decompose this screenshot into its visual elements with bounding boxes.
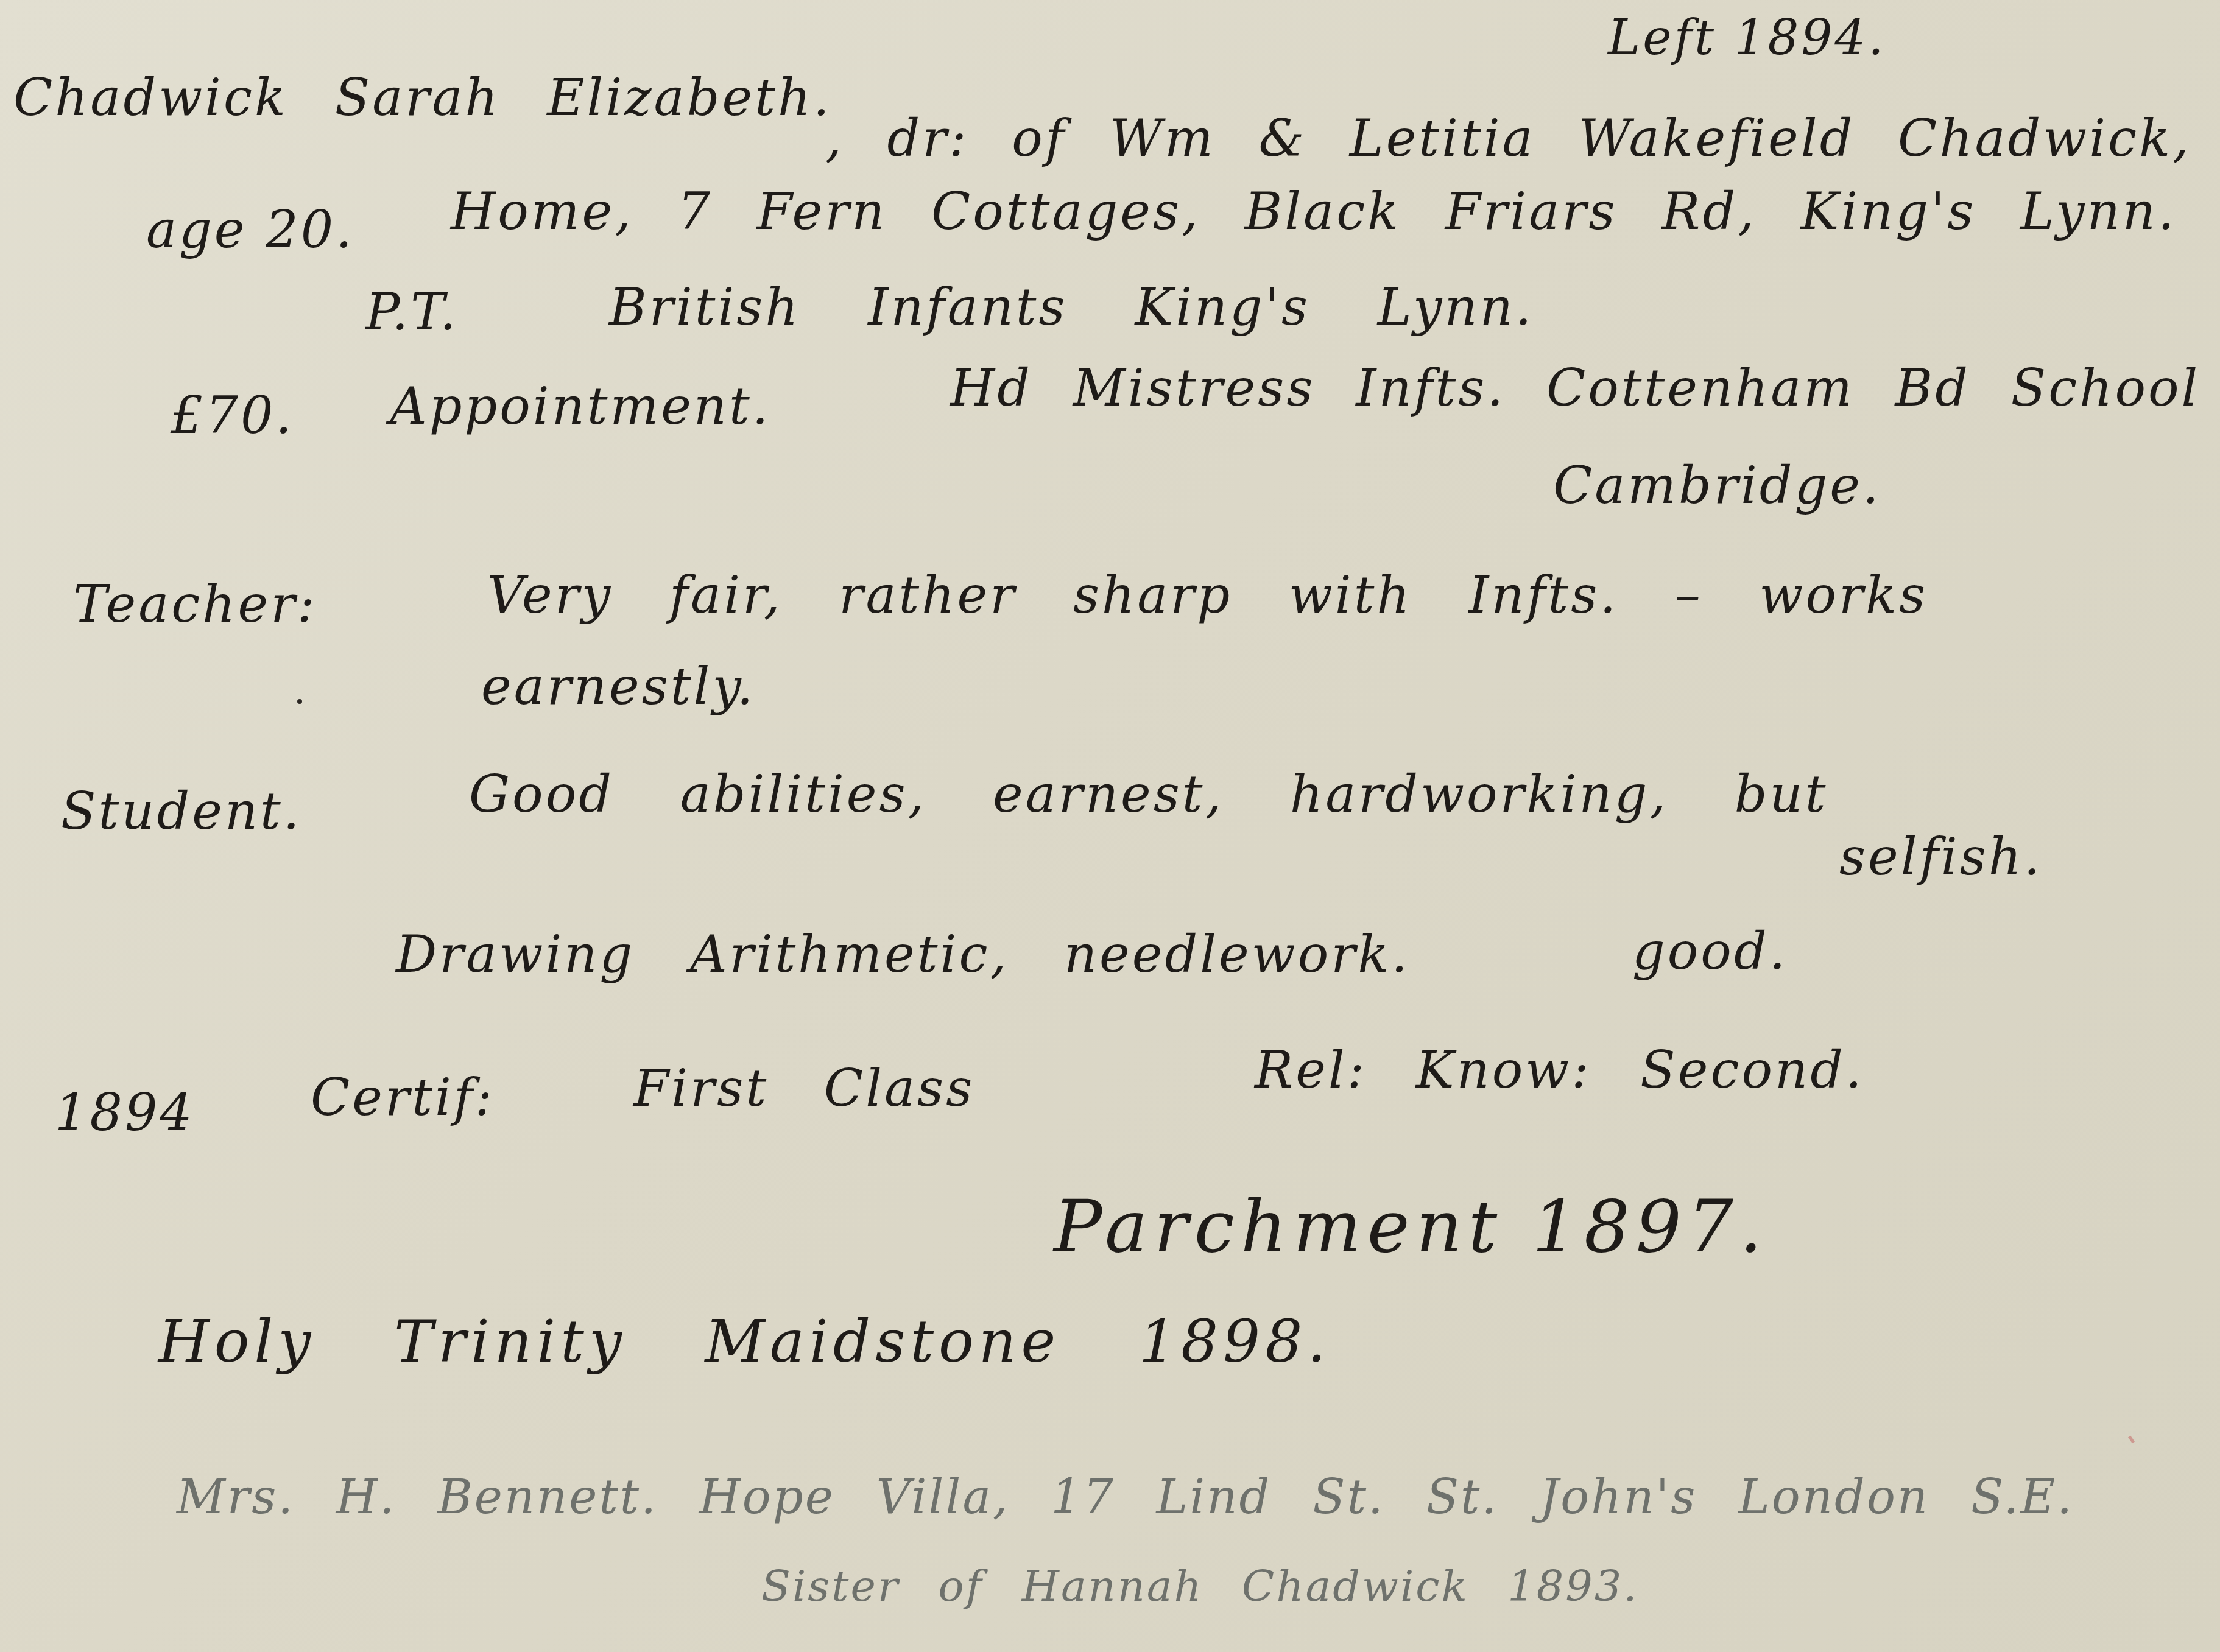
salary: £70. — [171, 390, 294, 441]
red-mark — [2128, 1436, 2135, 1444]
left-date-note: Left 1894. — [1608, 13, 1886, 62]
certificate-class: First Class — [633, 1063, 974, 1114]
home-address: Home, 7 Fern Cottages, Black Friars Rd, … — [451, 186, 2177, 237]
age: age 20. — [146, 204, 354, 255]
later-post: Holy Trinity Maidstone 1898. — [158, 1312, 1331, 1371]
teacher-label: Teacher: — [73, 578, 317, 630]
appointment-place: Cambridge. — [1553, 460, 1881, 511]
subjects: Drawing Arithmetic, needlework. — [396, 929, 1410, 980]
register-page: Left 1894. Chadwick Sarah Elizabeth. , d… — [0, 0, 2220, 1652]
appointment-label: Appointment. — [390, 381, 770, 432]
student-comment-line2: selfish. — [1839, 831, 2043, 882]
certificate-year: 1894 — [55, 1087, 195, 1138]
parchment-date: Parchment 1897. — [1054, 1190, 1768, 1262]
parentage: , dr: of Wm & Letitia Wakefield Chadwick… — [825, 113, 2191, 164]
name-line: Chadwick Sarah Elizabeth. — [13, 72, 832, 123]
pencil-relation-note: Sister of Hannah Chadwick 1893. — [761, 1565, 1639, 1608]
student-label: Student. — [61, 786, 301, 837]
student-name: Chadwick Sarah Elizabeth. — [13, 72, 832, 123]
certificate-label: Certif: — [311, 1072, 495, 1123]
student-comment-line1: Good abilities, earnest, hardworking, bu… — [469, 768, 1828, 820]
pencil-address-note: Mrs. H. Bennett. Hope Villa, 17 Lind St.… — [177, 1474, 2074, 1521]
ink-dot — [297, 699, 302, 704]
pt-label: P.T. — [365, 286, 459, 337]
teacher-comment-line1: Very fair, rather sharp with Infts. – wo… — [487, 569, 1928, 620]
teacher-comment-line2: earnestly. — [481, 661, 755, 712]
pt-school: British Infants King's Lynn. — [609, 281, 1534, 332]
religious-knowledge: Rel: Know: Second. — [1255, 1044, 1864, 1095]
subjects-grade: good. — [1632, 926, 1788, 977]
appointment-position: Hd Mistress Infts. Cottenham Bd School — [950, 362, 2200, 413]
